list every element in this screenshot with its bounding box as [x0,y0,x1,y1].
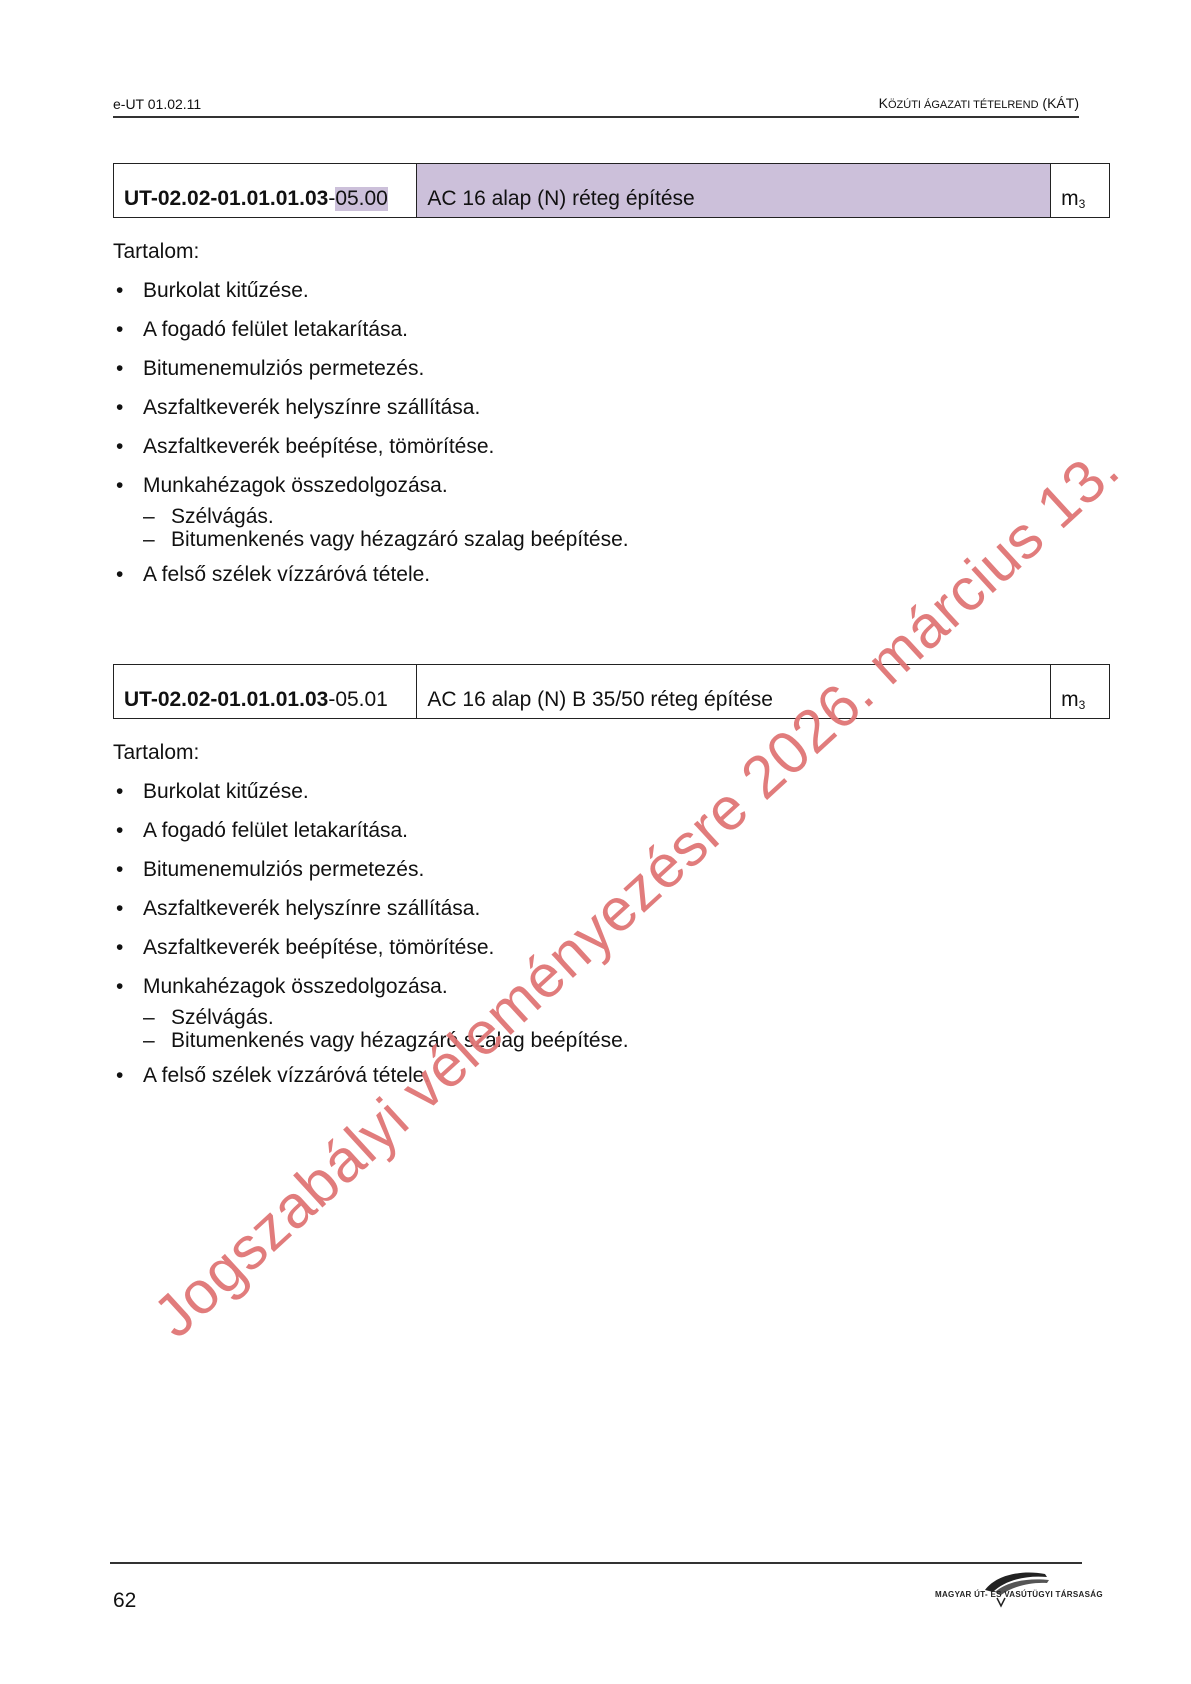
sub-list-item: –Bitumenkenés vagy hézagzáró szalag beép… [113,1028,629,1053]
item-unit: m3 [1051,665,1109,718]
sub-list-item-text: Bitumenkenés vagy hézagzáró szalag beépí… [171,1029,629,1052]
bullet-icon: • [116,1063,123,1088]
list-item: •Aszfaltkeverék beépítése, tömörítése. [113,935,629,960]
list-item-text: Burkolat kitűzése. [143,279,309,302]
document-title: KÖZÚTI ÁGAZATI TÉTELREND (KÁT) [879,95,1079,111]
unit-base: m [1061,187,1079,211]
list-item: •Aszfaltkeverék helyszínre szállítása. [113,896,629,921]
list-item-text: Aszfaltkeverék beépítése, tömörítése. [143,936,494,959]
list-item: •Munkahézagok összedolgozása. [113,974,629,999]
bullet-icon: • [116,356,123,381]
page-number: 62 [113,1589,136,1613]
item-row-1: UT-02.02-01.01.01.03-05.00 AC 16 alap (N… [113,163,1110,218]
item-code-sep: - [328,688,335,712]
bullet-icon: • [116,974,123,999]
list-item-text: A felső szélek vízzáróvá tétele. [143,563,430,586]
item-code: UT-02.02-01.01.01.03-05.00 [114,164,417,217]
list-item-text: Bitumenemulziós permetezés. [143,858,424,881]
list-item: •A felső szélek vízzáróvá tétele. [113,562,629,587]
list-item: •A fogadó felület letakarítása. [113,818,629,843]
bullet-icon: • [116,779,123,804]
sub-list-item: –Bitumenkenés vagy hézagzáró szalag beép… [113,527,629,552]
document-code: e-UT 01.02.11 [113,96,201,112]
item-code-main: UT-02.02-01.01.01.03 [124,688,328,712]
bullet-icon: • [116,896,123,921]
bullet-icon: • [116,818,123,843]
dash-icon: – [143,1028,155,1053]
item-description: AC 16 alap (N) réteg építése [417,164,1051,217]
title-suffix: (KÁT) [1039,95,1079,111]
list-item-text: Aszfaltkeverék helyszínre szállítása. [143,897,480,920]
item-code-suffix: 05.01 [335,688,388,712]
list-item-text: A felső szélek vízzáróvá tétele. [143,1064,430,1087]
item-code-sep: - [328,187,335,211]
bullet-icon: • [116,278,123,303]
unit-base: m [1061,688,1079,712]
list-item: •A fogadó felület letakarítása. [113,317,629,342]
dash-icon: – [143,527,155,552]
sub-list-item-text: Bitumenkenés vagy hézagzáró szalag beépí… [171,528,629,551]
sub-list-item-text: Szélvágás. [171,505,274,528]
list-item: •Bitumenemulziós permetezés. [113,356,629,381]
list-item-text: Munkahézagok összedolgozása. [143,975,448,998]
item-content-1: Tartalom: •Burkolat kitűzése. •A fogadó … [113,240,629,601]
list-item-text: Aszfaltkeverék helyszínre szállítása. [143,396,480,419]
bullet-icon: • [116,317,123,342]
sub-list-item: –Szélvágás. [113,1005,629,1030]
list-item-text: A fogadó felület letakarítása. [143,819,408,842]
bullet-icon: • [116,562,123,587]
company-name: MAGYAR ÚT- ÉS VASÚTÜGYI TÁRSASÁG [935,1590,1103,1599]
item-code-main: UT-02.02-01.01.01.03 [124,187,328,211]
list-item: •Bitumenemulziós permetezés. [113,857,629,882]
list-item: •Aszfaltkeverék helyszínre szállítása. [113,395,629,420]
list-item: •Aszfaltkeverék beépítése, tömörítése. [113,434,629,459]
item-code: UT-02.02-01.01.01.03-05.01 [114,665,417,718]
list-item-text: Munkahézagok összedolgozása. [143,474,448,497]
item-code-suffix: 05.00 [335,187,388,211]
list-item: •Munkahézagok összedolgozása. [113,473,629,498]
content-title: Tartalom: [113,741,629,765]
list-item-text: Aszfaltkeverék beépítése, tömörítése. [143,435,494,458]
item-description: AC 16 alap (N) B 35/50 réteg építése [417,665,1051,718]
content-list: •Burkolat kitűzése. •A fogadó felület le… [113,779,629,1088]
footer-divider [110,1562,1082,1564]
dash-icon: – [143,504,155,529]
bullet-icon: • [116,473,123,498]
company-logo-icon [935,1568,1085,1608]
list-item: •A felső szélek vízzáróvá tétele. [113,1063,629,1088]
title-initial: K [879,95,888,111]
content-list: •Burkolat kitűzése. •A fogadó felület le… [113,278,629,587]
item-unit: m3 [1051,164,1109,217]
bullet-icon: • [116,434,123,459]
content-title: Tartalom: [113,240,629,264]
list-item: •Burkolat kitűzése. [113,278,629,303]
bullet-icon: • [116,395,123,420]
sub-list-item: –Szélvágás. [113,504,629,529]
list-item-text: Burkolat kitűzése. [143,780,309,803]
list-item-text: Bitumenemulziós permetezés. [143,357,424,380]
unit-exponent: 3 [1079,698,1086,712]
title-smallcaps: ÖZÚTI ÁGAZATI TÉTELREND [888,99,1039,111]
list-item-text: A fogadó felület letakarítása. [143,318,408,341]
item-row-2: UT-02.02-01.01.01.03-05.01 AC 16 alap (N… [113,664,1110,719]
list-item: •Burkolat kitűzése. [113,779,629,804]
header-divider [113,116,1079,118]
sub-list-item-text: Szélvágás. [171,1006,274,1029]
bullet-icon: • [116,857,123,882]
bullet-icon: • [116,935,123,960]
dash-icon: – [143,1005,155,1030]
unit-exponent: 3 [1079,197,1086,211]
item-content-2: Tartalom: •Burkolat kitűzése. •A fogadó … [113,741,629,1102]
